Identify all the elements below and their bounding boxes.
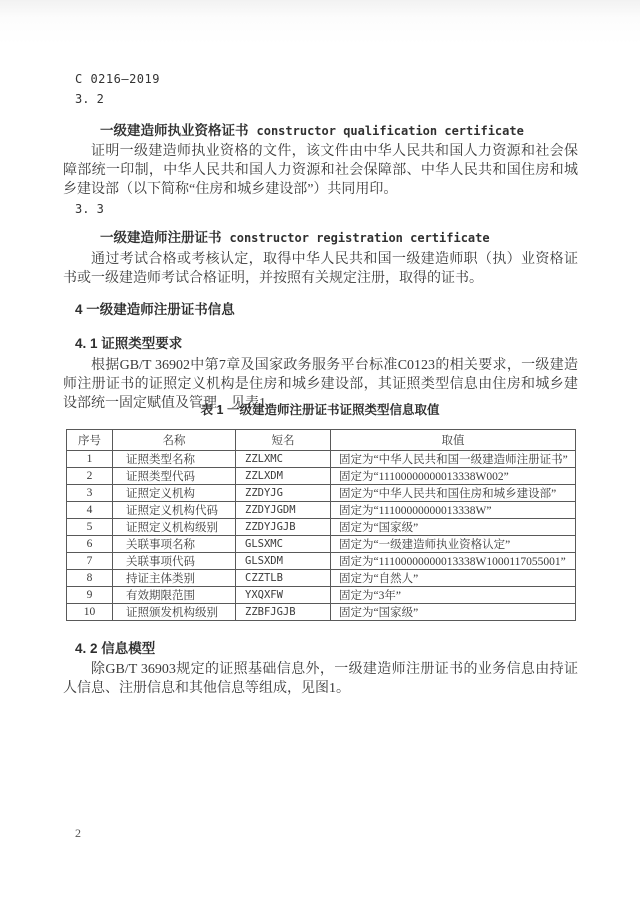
table-cell: 证照类型名称 — [113, 451, 236, 468]
table-cell: ZZDYJGJB — [236, 519, 331, 536]
term-en: constructor registration certificate — [230, 231, 490, 245]
table-cell: 5 — [67, 519, 113, 536]
table-header-cell: 序号 — [67, 430, 113, 451]
table-cell: 证照定义机构级别 — [113, 519, 236, 536]
table-header-cell: 短名 — [236, 430, 331, 451]
table-cell: ZZDYJG — [236, 485, 331, 502]
table-row: 9有效期限范围YXQXFW固定为“3年” — [67, 587, 576, 604]
table-cell: CZZTLB — [236, 570, 331, 587]
table-cell: ZZLXDM — [236, 468, 331, 485]
table-cell: 3 — [67, 485, 113, 502]
section-4-heading: 4 一级建造师注册证书信息 — [75, 298, 235, 318]
table-cell: 证照定义机构 — [113, 485, 236, 502]
paragraph-4-2: 除GB/T 36903规定的证照基础信息外，一级建造师注册证书的业务信息由持证人… — [63, 660, 578, 698]
doc-code: C 0216—2019 — [75, 72, 160, 86]
table-cell: ZZBFJGJB — [236, 604, 331, 621]
clause-number-3-3: 3. 3 — [75, 202, 104, 216]
table-row: 10证照颁发机构级别ZZBFJGJB固定为“国家级” — [67, 604, 576, 621]
table-cell: 1 — [67, 451, 113, 468]
table-cell: 固定为“11100000000013338W” — [331, 502, 576, 519]
paragraph-3-3: 通过考试合格或考核认定，取得中华人民共和国一级建造师职（执）业资格证书或一级建造… — [63, 250, 578, 288]
table-cell: ZZDYJGDM — [236, 502, 331, 519]
table-cell: 固定为“国家级” — [331, 519, 576, 536]
table-header-cell: 名称 — [113, 430, 236, 451]
table-row: 3证照定义机构ZZDYJG固定为“中华人民共和国住房和城乡建设部” — [67, 485, 576, 502]
table-cell: 6 — [67, 536, 113, 553]
table-cell: 持证主体类别 — [113, 570, 236, 587]
table-cell: 有效期限范围 — [113, 587, 236, 604]
table-cell: 固定为“中华人民共和国一级建造师注册证书” — [331, 451, 576, 468]
table-header: 序号名称短名取值 — [67, 430, 576, 451]
term-zh: 一级建造师执业资格证书 — [100, 123, 249, 138]
table-cell: 证照类型代码 — [113, 468, 236, 485]
table-cell: 关联事项代码 — [113, 553, 236, 570]
term-heading-3-2: 一级建造师执业资格证书constructor qualification cer… — [100, 119, 524, 139]
table-row: 1证照类型名称ZZLXMC固定为“中华人民共和国一级建造师注册证书” — [67, 451, 576, 468]
table-cell: 关联事项名称 — [113, 536, 236, 553]
table-row: 6关联事项名称GLSXMC固定为“一级建造师执业资格认定” — [67, 536, 576, 553]
table-row: 7关联事项代码GLSXDM固定为“11100000000013338W10001… — [67, 553, 576, 570]
table-cell: 固定为“11100000000013338W1000117055001” — [331, 553, 576, 570]
table-row: 4证照定义机构代码ZZDYJGDM固定为“11100000000013338W” — [67, 502, 576, 519]
table-row: 2证照类型代码ZZLXDM固定为“11100000000013338W002” — [67, 468, 576, 485]
term-en: constructor qualification certificate — [257, 124, 524, 138]
table-cell: GLSXDM — [236, 553, 331, 570]
table-header-row: 序号名称短名取值 — [67, 430, 576, 451]
table-cell: YXQXFW — [236, 587, 331, 604]
table-cell: 固定为“一级建造师执业资格认定” — [331, 536, 576, 553]
page-number: 2 — [75, 826, 81, 841]
table-1-caption: 表 1 一级建造师注册证书证照类型信息取值 — [0, 400, 640, 418]
table-cell: 固定为“中华人民共和国住房和城乡建设部” — [331, 485, 576, 502]
table-cell: ZZLXMC — [236, 451, 331, 468]
table-body: 1证照类型名称ZZLXMC固定为“中华人民共和国一级建造师注册证书”2证照类型代… — [67, 451, 576, 621]
table-cell: 4 — [67, 502, 113, 519]
table-cell: GLSXMC — [236, 536, 331, 553]
table-row: 8持证主体类别CZZTLB固定为“自然人” — [67, 570, 576, 587]
table-cell: 固定为“自然人” — [331, 570, 576, 587]
table-cell: 固定为“11100000000013338W002” — [331, 468, 576, 485]
table-cell: 固定为“国家级” — [331, 604, 576, 621]
table-row: 5证照定义机构级别ZZDYJGJB固定为“国家级” — [67, 519, 576, 536]
table-1: 序号名称短名取值 1证照类型名称ZZLXMC固定为“中华人民共和国一级建造师注册… — [66, 429, 576, 621]
section-4-2-heading: 4. 2 信息模型 — [75, 637, 155, 657]
table-cell: 固定为“3年” — [331, 587, 576, 604]
term-zh: 一级建造师注册证书 — [100, 230, 222, 245]
table-cell: 8 — [67, 570, 113, 587]
table-cell: 2 — [67, 468, 113, 485]
paragraph-3-2: 证明一级建造师执业资格的文件，该文件由中华人民共和国人力资源和社会保障部统一印制… — [63, 142, 578, 199]
table-cell: 10 — [67, 604, 113, 621]
section-4-1-heading: 4. 1 证照类型要求 — [75, 332, 182, 352]
table-cell: 7 — [67, 553, 113, 570]
table-header-cell: 取值 — [331, 430, 576, 451]
table-cell: 证照颁发机构级别 — [113, 604, 236, 621]
clause-number-3-2: 3. 2 — [75, 92, 104, 106]
table-cell: 证照定义机构代码 — [113, 502, 236, 519]
table-cell: 9 — [67, 587, 113, 604]
document-page: C 0216—2019 3. 2 一级建造师执业资格证书constructor … — [0, 0, 640, 905]
term-heading-3-3: 一级建造师注册证书constructor registration certif… — [100, 226, 490, 246]
